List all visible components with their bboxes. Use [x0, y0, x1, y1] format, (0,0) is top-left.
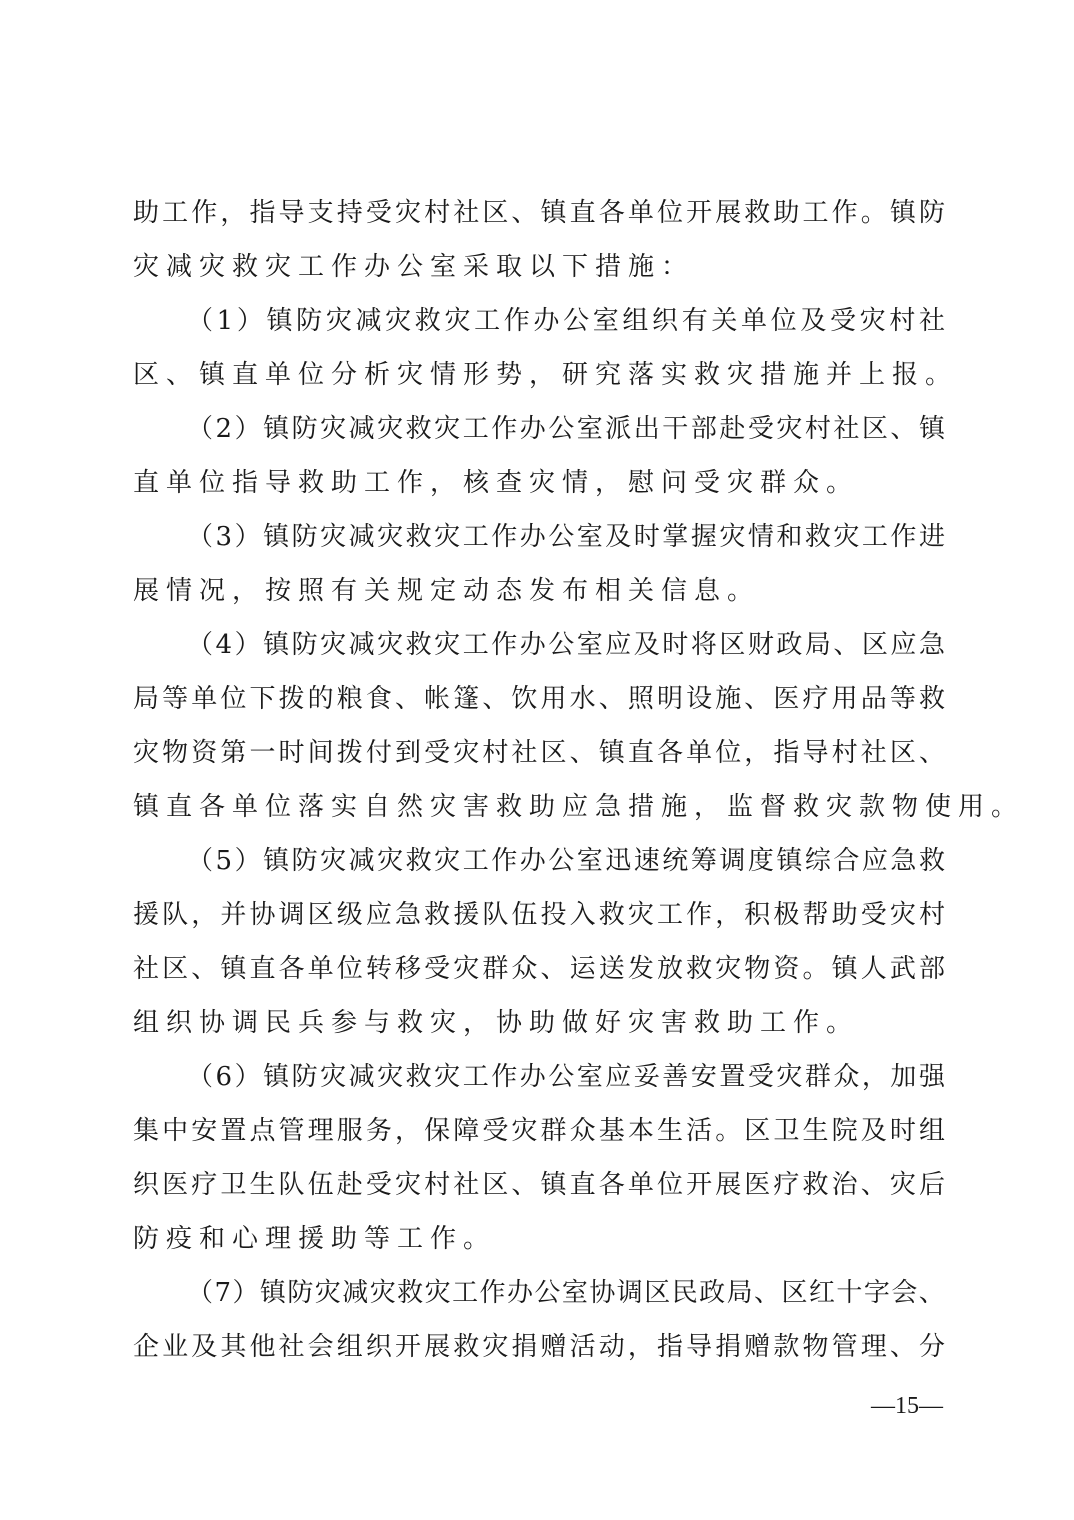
text-line: 社区、镇直各单位转移受灾群众、运送发放救灾物资。镇人武部	[133, 942, 945, 996]
text-line: （7）镇防灾减灾救灾工作办公室协调区民政局、区红十字会、	[133, 1266, 945, 1320]
text-line: （4）镇防灾减灾救灾工作办公室应及时将区财政局、区应急	[133, 618, 945, 672]
text-line: （3）镇防灾减灾救灾工作办公室及时掌握灾情和救灾工作进	[133, 510, 945, 564]
text-line: 组织协调民兵参与救灾，协助做好灾害救助工作。	[133, 996, 945, 1050]
text-line: （6）镇防灾减灾救灾工作办公室应妥善安置受灾群众，加强	[133, 1050, 945, 1104]
text-line: 集中安置点管理服务，保障受灾群众基本生活。区卫生院及时组	[133, 1104, 945, 1158]
text-line: （1）镇防灾减灾救灾工作办公室组织有关单位及受灾村社	[133, 294, 945, 348]
text-line: 展情况，按照有关规定动态发布相关信息。	[133, 564, 945, 618]
text-line: 防疫和心理援助等工作。	[133, 1212, 945, 1266]
text-line: 直单位指导救助工作，核查灾情，慰问受灾群众。	[133, 456, 945, 510]
text-line: （2）镇防灾减灾救灾工作办公室派出干部赴受灾村社区、镇	[133, 402, 945, 456]
text-line: 企业及其他社会组织开展救灾捐赠活动，指导捐赠款物管理、分	[133, 1320, 945, 1374]
text-line: 镇直各单位落实自然灾害救助应急措施，监督救灾款物使用。	[133, 780, 945, 834]
text-line: 灾减灾救灾工作办公室采取以下措施：	[133, 240, 945, 294]
text-line: 灾物资第一时间拨付到受灾村社区、镇直各单位，指导村社区、	[133, 726, 945, 780]
text-line: 局等单位下拨的粮食、帐篷、饮用水、照明设施、医疗用品等救	[133, 672, 945, 726]
text-line: （5）镇防灾减灾救灾工作办公室迅速统筹调度镇综合应急救	[133, 834, 945, 888]
body-text: 助工作，指导支持受灾村社区、镇直各单位开展救助工作。镇防灾减灾救灾工作办公室采取…	[133, 186, 945, 1374]
page-number: —15—	[871, 1388, 943, 1424]
text-line: 援队，并协调区级应急救援队伍投入救灾工作，积极帮助受灾村	[133, 888, 945, 942]
document-page: 助工作，指导支持受灾村社区、镇直各单位开展救助工作。镇防灾减灾救灾工作办公室采取…	[0, 0, 1074, 1520]
text-line: 织医疗卫生队伍赴受灾村社区、镇直各单位开展医疗救治、灾后	[133, 1158, 945, 1212]
text-line: 区、镇直单位分析灾情形势，研究落实救灾措施并上报。	[133, 348, 945, 402]
text-line: 助工作，指导支持受灾村社区、镇直各单位开展救助工作。镇防	[133, 186, 945, 240]
